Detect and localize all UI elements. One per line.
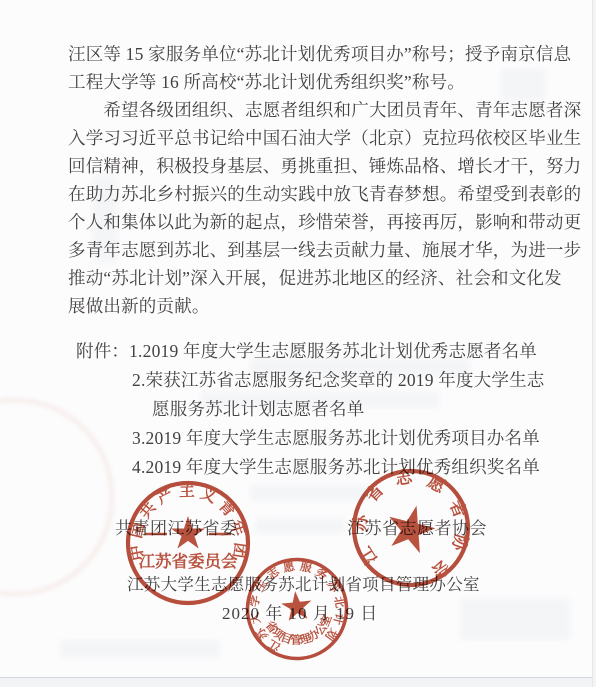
bleed-through-mark <box>250 485 370 501</box>
body-line: 展做出新的贡献。 <box>68 292 568 320</box>
body-line: 在助力苏北乡村振兴的生动实践中放飞青春梦想。希望受到表彰的 <box>68 180 568 208</box>
seal-bottom-text: 江苏省委员会 <box>139 551 239 571</box>
body-line: 回信精神，积极投身基层、勇挑重担、锤炼品格、增长才干，努力 <box>68 152 568 180</box>
body-line: 推动“苏北计划”深入开展，促进苏北地区的经济、社会和文化发 <box>68 264 568 292</box>
attachment-line: 愿服务苏北计划志愿者名单 <box>68 395 578 424</box>
star-icon <box>280 590 313 622</box>
attachment-line: 附件：1.2019 年度大学生志愿服务苏北计划优秀志愿者名单 <box>68 337 578 366</box>
document-body: 汪区等 15 家服务单位“苏北计划优秀项目办”称号；授予南京信息 工程大学等 1… <box>68 40 568 320</box>
body-line: 入学习习近平总书记给中国石油大学（北京）克拉玛依校区毕业生 <box>68 124 568 152</box>
star-icon <box>383 500 440 555</box>
bleed-through-mark <box>460 598 570 640</box>
bleed-through-mark <box>255 518 345 534</box>
bleed-through-mark <box>60 640 220 658</box>
body-line: 个人和集体以此为新的起点，珍惜荣誉，再接再厉，影响和带动更 <box>68 208 568 236</box>
attachment-line: 2.荣获江苏省志愿服务纪念奖章的 2019 年度大学生志 <box>68 366 578 395</box>
body-line: 希望各级团组织、志愿者组织和广大团员青年、青年志愿者深 <box>68 96 568 124</box>
body-line: 工程大学等 16 所高校“苏北计划优秀组织奖”称号。 <box>68 68 568 96</box>
attachment-list: 附件：1.2019 年度大学生志愿服务苏北计划优秀志愿者名单 2.荣获江苏省志愿… <box>68 337 578 482</box>
attachment-line: 3.2019 年度大学生志愿服务苏北计划优秀项目办名单 <box>68 424 578 453</box>
youth-league-seal: 中国共产主义青年团 江苏省委员会 <box>122 477 254 609</box>
scanned-document-page: 汪区等 15 家服务单位“苏北计划优秀项目办”称号；授予南京信息 工程大学等 1… <box>0 0 596 687</box>
body-line: 多青年志愿到苏北、到基层一线去贡献力量、施展才华，为进一步 <box>68 236 568 264</box>
page-edge-bottom <box>0 677 596 687</box>
project-office-seal: 江苏大学生志愿服务苏北计划 省项目管理办公室 <box>238 550 357 669</box>
page-edge-right <box>592 0 596 687</box>
body-line: 汪区等 15 家服务单位“苏北计划优秀项目办”称号；授予南京信息 <box>68 40 568 68</box>
star-icon <box>171 516 205 549</box>
